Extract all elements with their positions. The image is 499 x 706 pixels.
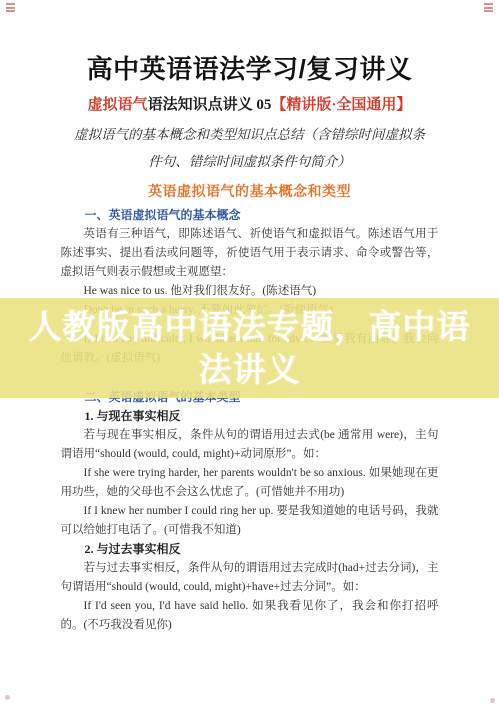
document-body: 一、英语虚拟语气的基本概念 英语有三种语气，即陈述语气、祈使语气和虚拟语气。陈述… — [61, 206, 439, 635]
rule-2-example-1: If I'd seen you, I'd have said hello. 如果… — [61, 597, 439, 635]
watermark-line-2: 法讲义 — [0, 348, 499, 391]
summary-line-1: 虚拟语气的基本概念和类型知识点总结（含错综时间虚拟条 — [0, 121, 499, 148]
red-dot-mark-icon — [5, 695, 10, 700]
watermark-banner: 人教版高中语法专题，高中语 法讲义 — [0, 298, 499, 398]
doc-title: 高中英语语法学习/复习讲义 — [0, 0, 499, 84]
subtitle-topic: 虚拟语气 — [88, 97, 148, 113]
summary-line-2: 件句、错综时间虚拟条件句简介） — [0, 148, 499, 175]
doc-subtitle: 虚拟语气语法知识点讲义 05【精讲版·全国通用】 — [0, 96, 499, 114]
rule-1-text: 若与现在事实相反，条件从句的谓语用过去式(be 通常用 were)，主句谓语用“… — [61, 426, 439, 464]
section-1-heading: 一、英语虚拟语气的基本概念 — [61, 206, 439, 225]
section-banner-title: 英语虚拟语气的基本概念和类型 — [0, 185, 499, 201]
intro-paragraph: 英语有三种语气，即陈述语气、祈使语气和虚拟语气。陈述语气用于陈述事实、提出看法或… — [61, 225, 439, 282]
red-corner-mark-icon — [6, 3, 15, 14]
red-dot-mark-icon — [490, 698, 495, 703]
subtitle-main: 语法知识点讲义 05 — [148, 97, 272, 113]
rule-2-title: 2. 与过去事实相反 — [61, 540, 439, 559]
rule-1-example-2: If I knew her number I could ring her up… — [61, 502, 439, 540]
red-corner-mark-icon — [484, 3, 493, 14]
rule-1-example-1: If she were trying harder, her parents w… — [61, 464, 439, 502]
rule-1-title: 1. 与现在事实相反 — [61, 407, 439, 426]
handout-page: 高中英语语法学习/复习讲义 虚拟语气语法知识点讲义 05【精讲版·全国通用】 虚… — [0, 0, 499, 706]
watermark-line-1: 人教版高中语法专题，高中语 — [0, 305, 499, 348]
summary-block: 虚拟语气的基本概念和类型知识点总结（含错综时间虚拟条 件句、错综时间虚拟条件句简… — [0, 121, 499, 175]
subtitle-edition: 【精讲版·全国通用】 — [271, 97, 411, 113]
rule-2-text: 若与过去事实相反，条件从句的谓语用过去完成时(had+过去分词)，主句谓语用“s… — [61, 559, 439, 597]
